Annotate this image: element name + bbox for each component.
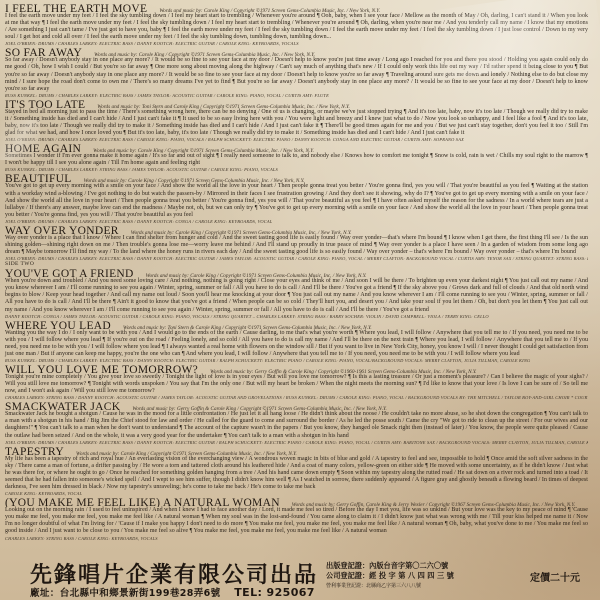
business-registration: 營利事業登記證：北縣商乙字第三六八八號 — [326, 581, 454, 591]
song-block: Way Over Yonder Words and music by: Caro… — [5, 224, 588, 261]
song-title: Where You Lead — [5, 320, 111, 330]
registration-block: 出版登記證：內版台音字第〇二六〇號 公司登記證：經 投 字 第 八 四 四 三 … — [326, 561, 454, 591]
song-title: You've Got a Friend — [5, 268, 134, 278]
song-lyrics: When you're down and troubled / And you … — [5, 278, 588, 313]
song-title: I Feel the Earth Move — [5, 3, 147, 13]
song-header: Home Again Words and music by: Carole Ki… — [5, 142, 588, 153]
price-label: 定價二十元 — [530, 569, 580, 584]
song-lyrics: Looking out on the morning rain / I used… — [5, 507, 588, 535]
company-address: 廠址：台北縣中和鄉景新街199巷28弄6號 TEL: 925067 — [30, 585, 315, 599]
song-lyrics: Way over yonder is a place that I know /… — [5, 235, 588, 256]
song-header: Beautiful Words and music by: Carole Kin… — [5, 172, 588, 183]
song-lyrics: Wanting you the way I do / I only want t… — [5, 330, 588, 358]
song-title: Smackwater Jack — [5, 401, 120, 411]
song-block: Smackwater Jack Words and music by: Gerr… — [5, 400, 588, 444]
song-lyrics: So far away / Doesn't anybody stay in on… — [5, 57, 588, 92]
song-header: (You Make Me Feel Like) A Natural Woman … — [5, 496, 588, 507]
song-block: So Far Away Words and music by: Carole K… — [5, 46, 588, 97]
song-lyrics: Sometimes I wonder if I'm ever gonna mak… — [5, 153, 588, 167]
telephone: TEL: 925067 — [234, 586, 315, 599]
song-title: Home Again — [5, 143, 81, 153]
song-header: You've Got a Friend Words and music by: … — [5, 267, 588, 278]
song-title: So Far Away — [5, 47, 82, 57]
song-title: (You Make Me Feel Like) A Natural Woman — [5, 497, 280, 507]
song-header: Will You Love Me Tomorrow? Words and mus… — [5, 363, 588, 374]
song-lyrics: Smackwater Jack he bought a shotgun / Ca… — [5, 411, 588, 439]
company-registration: 公司登記證：經 投 字 第 八 四 四 三 號 — [326, 571, 454, 581]
song-block: Home Again Words and music by: Carole Ki… — [5, 142, 588, 172]
song-title: It's Too Late — [5, 99, 85, 109]
song-block: I Feel the Earth Move Words and music by… — [5, 2, 588, 46]
publisher-footer: 先鋒唱片企業有限公司出品 廠址：台北縣中和鄉景新街199巷28弄6號 TEL: … — [30, 558, 590, 598]
song-block: It's Too Late Words and music by: Toni S… — [5, 98, 588, 142]
song-credit: Words and music by: Carole King / Copyri… — [76, 451, 297, 456]
song-header: So Far Away Words and music by: Carole K… — [5, 46, 588, 57]
song-title: Way Over Yonder — [5, 225, 119, 235]
song-personnel: Joel O'Brien: Drums / Charles Larkey: El… — [5, 256, 588, 261]
song-lyrics: Tonight you're mine completely / You giv… — [5, 374, 588, 395]
song-block: (You Make Me Feel Like) A Natural Woman … — [5, 496, 588, 540]
lyric-sheet: I Feel the Earth Move Words and music by… — [5, 2, 588, 541]
song-block: Beautiful Words and music by: Carole Kin… — [5, 172, 588, 223]
song-title: Tapestry — [5, 446, 64, 456]
song-block: Where You Lead Words and music by: Toni … — [5, 319, 588, 363]
song-header: Way Over Yonder Words and music by: Caro… — [5, 224, 588, 235]
song-header: Smackwater Jack Words and music by: Gerr… — [5, 400, 588, 411]
song-header: It's Too Late Words and music by: Toni S… — [5, 98, 588, 109]
song-credit: Words and music by: Toni Stern & Carole … — [123, 325, 372, 330]
song-block: SIDE TWO You've Got a Friend Words and m… — [5, 261, 588, 318]
song-header: I Feel the Earth Move Words and music by… — [5, 2, 588, 13]
song-block: Tapestry Words and music by: Carole King… — [5, 445, 588, 496]
song-lyrics: Stayed in bed all morning just to pass t… — [5, 109, 588, 137]
song-title: Beautiful — [5, 173, 72, 183]
song-personnel: Joel O'Brien: Drums / Charles Larkey: El… — [5, 440, 588, 445]
address-text: 廠址：台北縣中和鄉景新街199巷28弄6號 — [30, 588, 221, 599]
publishing-registration: 出版登記證：內版台音字第〇二六〇號 — [326, 561, 454, 571]
song-title: Will You Love Me Tomorrow? — [5, 364, 198, 374]
song-lyrics: I feel the earth move under my feet / I … — [5, 13, 588, 41]
song-lyrics: My life has been a tapestry of rich and … — [5, 456, 588, 491]
song-block: Will You Love Me Tomorrow? Words and mus… — [5, 363, 588, 400]
song-header: Tapestry Words and music by: Carole King… — [5, 445, 588, 456]
song-header: Where You Lead Words and music by: Toni … — [5, 319, 588, 330]
song-lyrics: You've got to get up every morning with … — [5, 183, 588, 218]
song-personnel: Charles Larkey: String Bass / Carole Kin… — [5, 536, 588, 541]
